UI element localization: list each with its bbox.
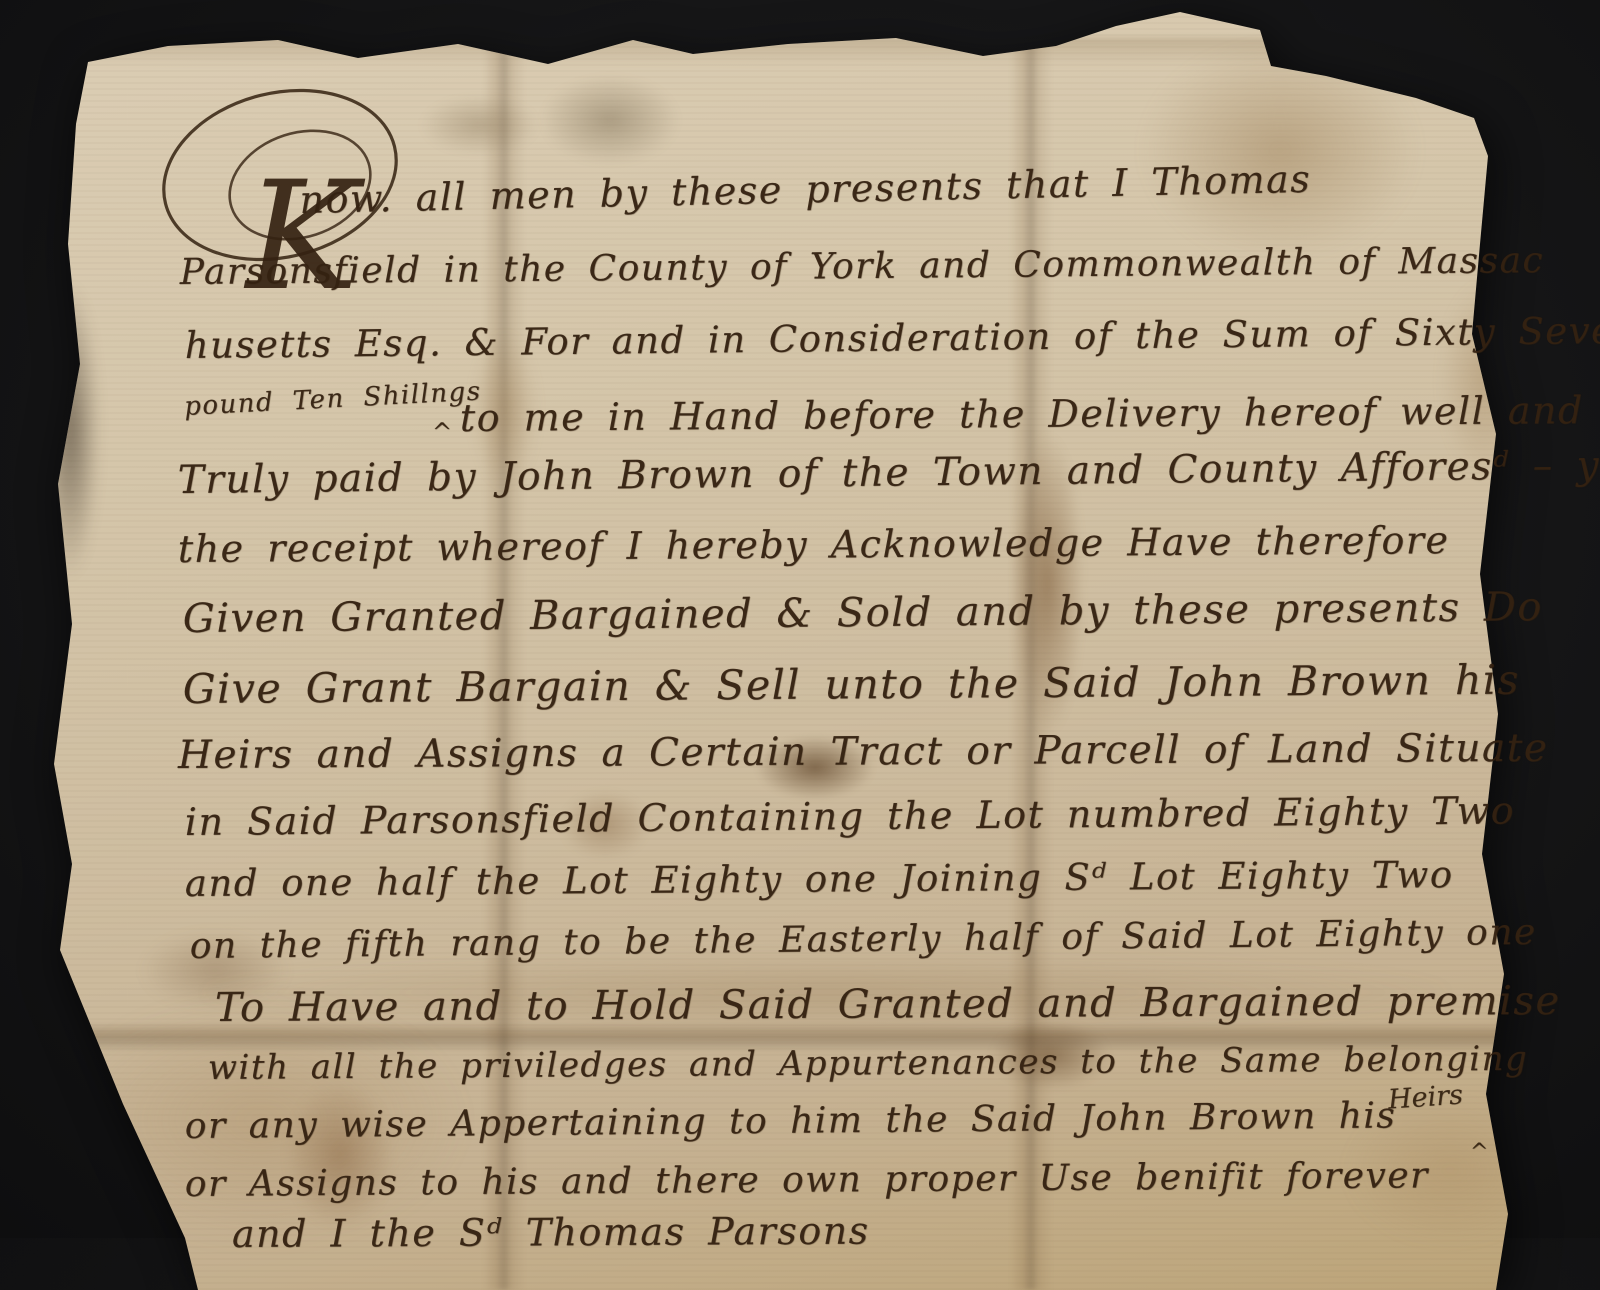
caret-mark: ^	[432, 418, 452, 446]
caret-mark: ^	[1470, 1140, 1488, 1165]
manuscript-line: or any wise Appertaining to him the Said…	[185, 1095, 1397, 1147]
manuscript-line: Given Granted Bargained & Sold and by th…	[183, 584, 1543, 642]
manuscript-line: Give Grant Bargain & Sell unto the Said …	[183, 656, 1520, 713]
manuscript-line: and one half the Lot Eighty one Joining …	[185, 853, 1454, 905]
marginal-insertion: pound Ten Shillngs	[183, 376, 482, 422]
manuscript-line: in Said Parsonsfield Containing the Lot …	[185, 788, 1516, 844]
manuscript-line: to me in Hand before the Delivery hereof…	[460, 388, 1584, 440]
manuscript-line: Heirs and Assigns a Certain Tract or Par…	[178, 726, 1549, 778]
manuscript-line: the receipt whereof I hereby Acknowledge…	[178, 518, 1450, 571]
photo-backdrop: K now. all men by these presents that I …	[0, 0, 1600, 1238]
manuscript-line: on the fifth rang to be the Easterly hal…	[190, 912, 1537, 967]
svg-text:K: K	[243, 150, 366, 320]
manuscript-line: now. all men by these presents that I Th…	[299, 157, 1312, 222]
manuscript-line: Truly paid by John Brown of the Town and…	[178, 442, 1600, 503]
manuscript-line: with all the priviledges and Appurtenanc…	[208, 1039, 1529, 1088]
interlinear-insertion: Heirs	[1387, 1079, 1464, 1115]
manuscript-line: or Assigns to his and there own proper U…	[185, 1155, 1429, 1205]
manuscript-text: K now. all men by these presents that I …	[0, 0, 1600, 1238]
manuscript-line-partial: and I the Sᵈ Thomas Parsons	[232, 1209, 870, 1238]
manuscript-line: To Have and to Hold Said Granted and Bar…	[215, 978, 1561, 1031]
